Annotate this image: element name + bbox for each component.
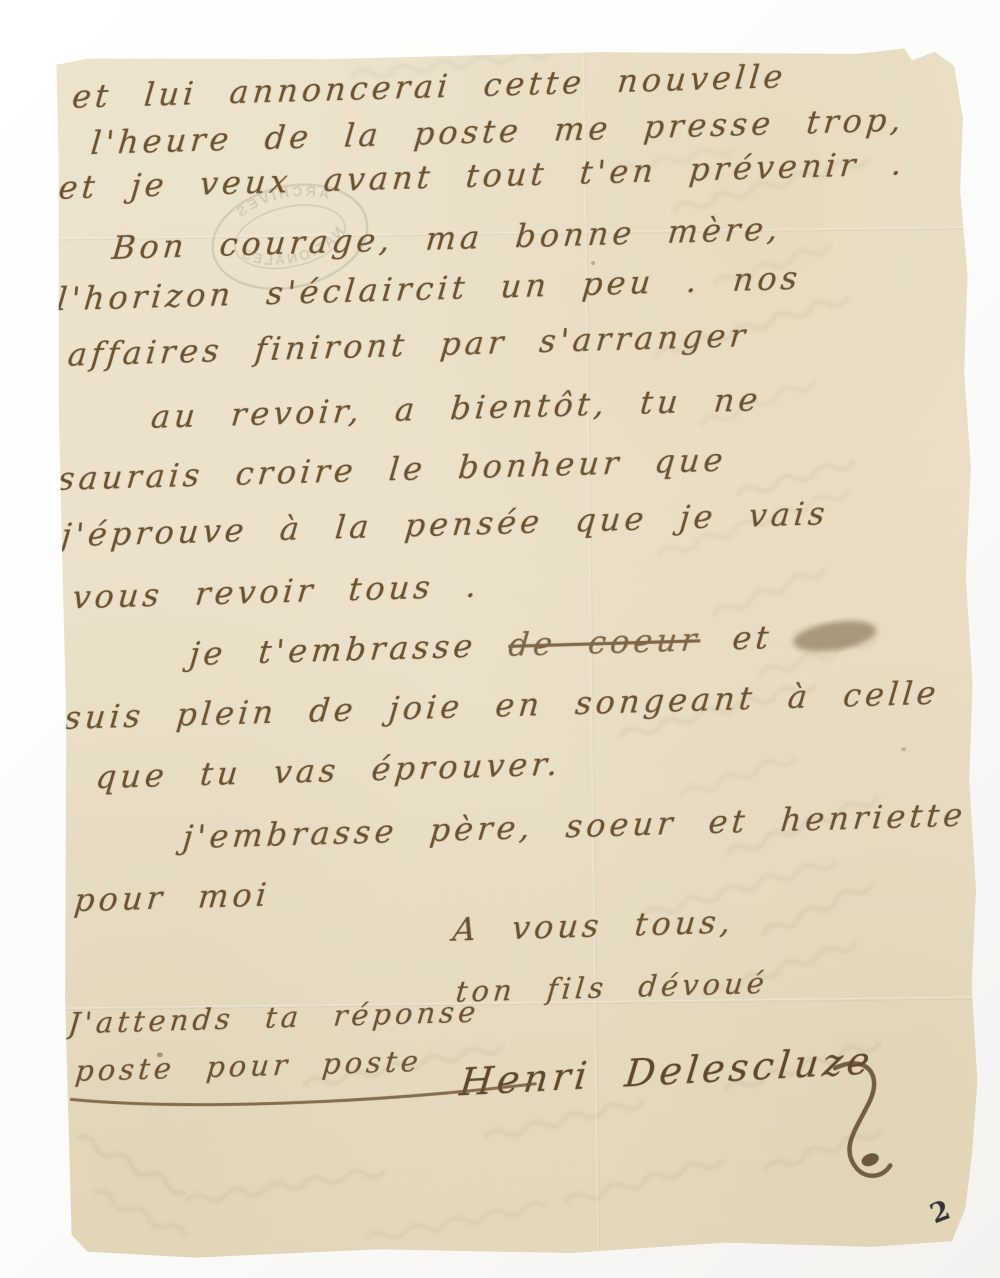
letter-line: que tu vas éprouver. <box>94 745 563 796</box>
letter-paper-sheet: ARCHIVES NATIONALES et lui annoncerai ce… <box>53 46 982 1261</box>
letter-line: au revoir, a bientôt, tu ne <box>149 380 763 436</box>
letter-line: Bon courage, ma bonne mère, <box>110 210 783 267</box>
letter-line: vous revoir tous . <box>71 566 482 616</box>
strike-before-text: je t'embrasse <box>188 626 511 673</box>
signature: Henri Delescluze <box>458 1038 876 1104</box>
strike-after-text: et <box>699 618 775 658</box>
letter-line: affaires finiront par s'arranger <box>66 316 751 374</box>
closing-devotion: ton fils dévoué <box>454 966 769 1009</box>
photograph-background: ARCHIVES NATIONALES et lui annoncerai ce… <box>0 0 1000 1278</box>
postscript-line-underlined: poste pour poste <box>74 1044 424 1088</box>
letter-line: pour moi <box>73 876 272 920</box>
letter-line-with-strikethrough: je t'embrasse de coeur et <box>188 618 774 673</box>
letter-line: saurais croire le bonheur que <box>57 441 729 498</box>
strikethrough-text: de coeur <box>507 620 702 664</box>
letter-line: suis plein de joie en songeant à celle <box>63 674 942 737</box>
letter-line: j'éprouve à la pensée que je vais <box>59 494 830 554</box>
letter-line: l'horizon s'éclaircit un peu . nos <box>55 259 803 319</box>
postscript-line: J'attends ta réponse <box>67 995 481 1041</box>
letter-text-block: et lui annoncerai cette nouvelle l'heure… <box>49 44 985 1265</box>
letter-line: j'embrasse père, soeur et henriette <box>181 796 968 857</box>
closing-salutation: A vous tous, <box>451 903 736 949</box>
